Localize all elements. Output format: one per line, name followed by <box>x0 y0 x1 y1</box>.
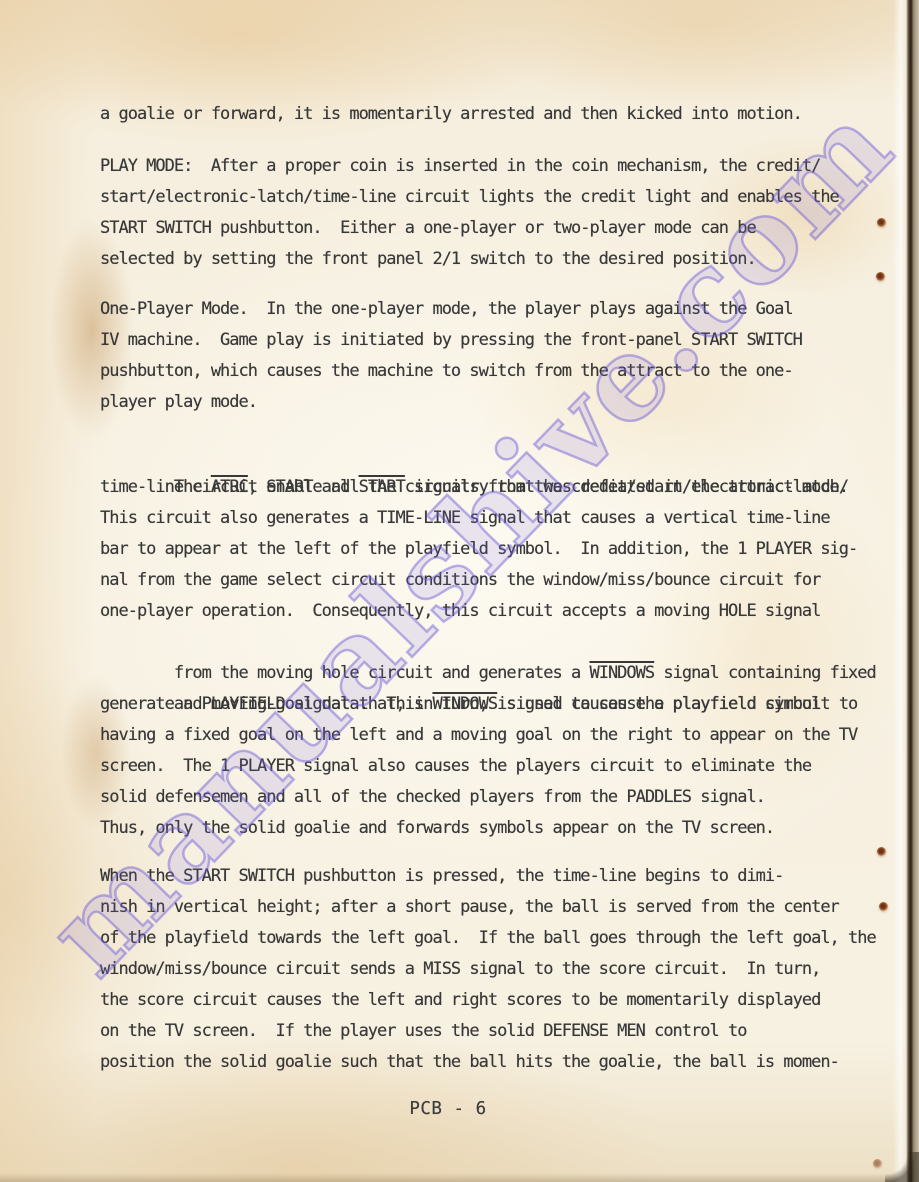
text-line: time-line circuit enable all the circuit… <box>100 472 919 503</box>
paragraph-intro-fragment: a goalie or forward, it is momentarily a… <box>100 99 919 130</box>
text-line: having a fixed goal on the left and a mo… <box>100 720 919 751</box>
typed-text-layer: a goalie or forward, it is momentarily a… <box>0 0 919 1182</box>
text-segment: signal containing fixed <box>654 663 876 683</box>
text-line: the score circuit causes the left and ri… <box>100 985 919 1016</box>
text-line: a goalie or forward, it is momentarily a… <box>100 99 919 130</box>
text-line: The ATRC, START and START signals from t… <box>100 441 919 472</box>
scanned-page: a goalie or forward, it is momentarily a… <box>0 0 919 1182</box>
paragraph-signals: The ATRC, START and START signals from t… <box>100 441 919 844</box>
text-line: pushbutton, which causes the machine to … <box>100 356 919 387</box>
text-line: nish in vertical height; after a short p… <box>100 892 919 923</box>
text-line: selected by setting the front panel 2/1 … <box>100 244 919 275</box>
rust-spot <box>877 847 886 856</box>
page-corner-shadow <box>885 1152 919 1182</box>
rust-spot <box>873 1159 882 1168</box>
text-line: This circuit also generates a TIME-LINE … <box>100 503 919 534</box>
rust-spot <box>876 272 885 281</box>
text-line: IV machine. Game play is initiated by pr… <box>100 325 919 356</box>
text-line: position the solid goalie such that the … <box>100 1047 919 1078</box>
text-line: generate a PLAYFIELD signal that, in tur… <box>100 689 919 720</box>
text-line: PLAY MODE: After a proper coin is insert… <box>100 151 919 182</box>
signal-name-overlined: WINDOWS <box>589 663 654 683</box>
paragraph-one-player-mode: One-Player Mode. In the one-player mode,… <box>100 294 919 418</box>
text-line: of the playfield towards the left goal. … <box>100 923 919 954</box>
scan-bottom-shadow <box>0 1173 919 1182</box>
text-line: screen. The 1 PLAYER signal also causes … <box>100 751 919 782</box>
text-segment: from the moving hole circuit and generat… <box>174 663 590 683</box>
rust-spot <box>877 218 886 227</box>
text-line: START SWITCH pushbutton. Either a one-pl… <box>100 213 919 244</box>
text-line: solid defensemen and all of the checked … <box>100 782 919 813</box>
text-line: One-Player Mode. In the one-player mode,… <box>100 294 919 325</box>
text-line: window/miss/bounce circuit sends a MISS … <box>100 954 919 985</box>
text-line: player play mode. <box>100 387 919 418</box>
text-line: Thus, only the solid goalie and forwards… <box>100 813 919 844</box>
text-line: from the moving hole circuit and generat… <box>100 627 919 658</box>
text-line: nal from the game select circuit conditi… <box>100 565 919 596</box>
rust-spot <box>879 902 888 911</box>
text-line: start/electronic-latch/time-line circuit… <box>100 182 919 213</box>
paragraph-play-mode: PLAY MODE: After a proper coin is insert… <box>100 151 919 275</box>
scan-edge-shadow <box>893 0 919 1182</box>
text-line: on the TV screen. If the player uses the… <box>100 1016 919 1047</box>
text-line: When the START SWITCH pushbutton is pres… <box>100 861 919 892</box>
page-number: PCB - 6 <box>0 1094 896 1125</box>
text-line: one-player operation. Consequently, this… <box>100 596 919 627</box>
text-line: bar to appear at the left of the playfie… <box>100 534 919 565</box>
paragraph-start-switch: When the START SWITCH pushbutton is pres… <box>100 861 919 1078</box>
